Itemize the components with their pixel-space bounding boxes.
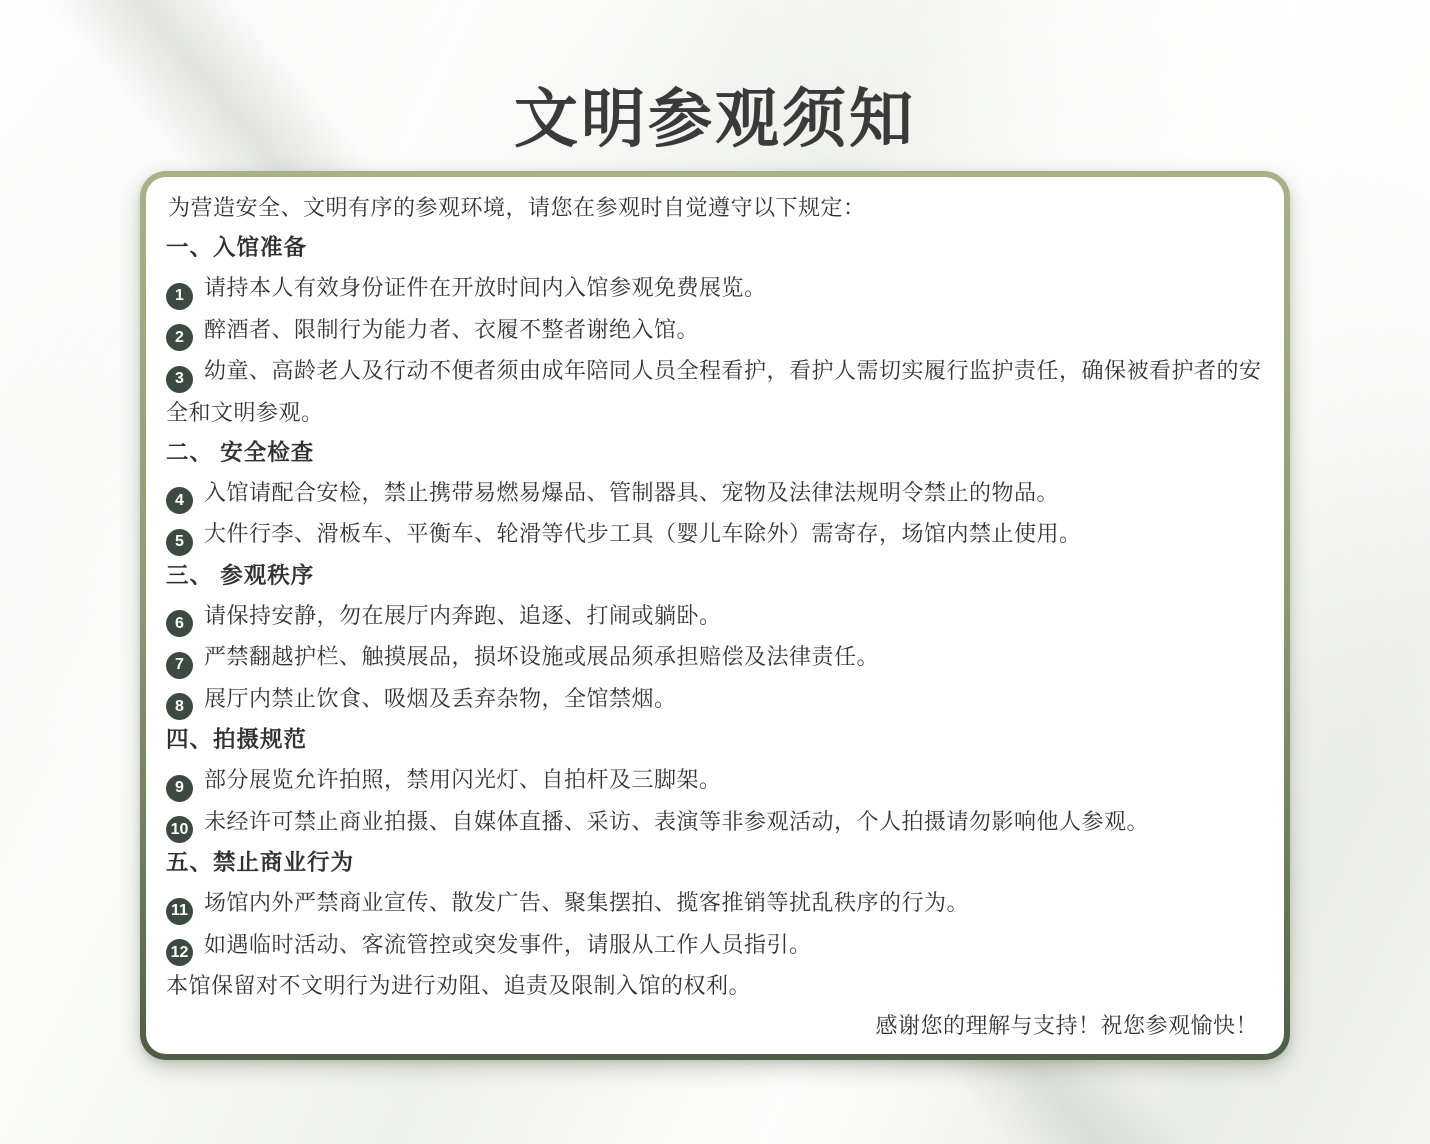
notice-card: 为营造安全、文明有序的参观环境，请您在参观时自觉遵守以下规定： 一、入馆准备 1… xyxy=(146,177,1284,1054)
rule-item-3: 3幼童、高龄老人及行动不便者须由成年陪同人员全程看护，看护人需切实履行监护责任，… xyxy=(166,351,1276,433)
item-number-badge: 1 xyxy=(166,283,193,310)
section-heading-3: 三、 参观秩序 xyxy=(166,556,1276,596)
section-heading-1: 一、入馆准备 xyxy=(166,228,1276,268)
rule-item-text: 幼童、高龄老人及行动不便者须由成年陪同人员全程看护，看护人需切实履行监护责任，确… xyxy=(166,358,1262,425)
section-heading-4: 四、拍摄规范 xyxy=(166,720,1276,760)
notice-card-border: 为营造安全、文明有序的参观环境，请您在参观时自觉遵守以下规定： 一、入馆准备 1… xyxy=(140,171,1290,1060)
footer-note: 本馆保留对不文明行为进行劝阻、追责及限制入馆的权利。 xyxy=(166,966,1276,1006)
item-number-badge: 7 xyxy=(166,652,193,679)
page-title: 文明参观须知 xyxy=(0,86,1430,153)
section-heading-5: 五、禁止商业行为 xyxy=(166,843,1276,883)
rule-item-text: 场馆内外严禁商业宣传、散发广告、聚集摆拍、揽客推销等扰乱秩序的行为。 xyxy=(204,890,969,915)
rule-item-text: 请持本人有效身份证件在开放时间内入馆参观免费展览。 xyxy=(204,275,767,300)
item-number-badge: 9 xyxy=(166,775,193,802)
rule-item-text: 严禁翻越护栏、触摸展品，损坏设施或展品须承担赔偿及法律责任。 xyxy=(204,644,879,669)
rule-item-text: 醉酒者、限制行为能力者、衣履不整者谢绝入馆。 xyxy=(204,317,699,342)
item-number-badge: 11 xyxy=(166,898,193,925)
item-number-badge: 8 xyxy=(166,693,193,720)
rule-item-11: 11场馆内外严禁商业宣传、散发广告、聚集摆拍、揽客推销等扰乱秩序的行为。 xyxy=(166,883,1276,925)
rule-item-text: 如遇临时活动、客流管控或突发事件，请服从工作人员指引。 xyxy=(204,932,812,957)
thanks-note: 感谢您的理解与支持！祝您参观愉快！ xyxy=(166,1006,1276,1046)
rule-item-9: 9部分展览允许拍照，禁用闪光灯、自拍杆及三脚架。 xyxy=(166,760,1276,802)
rule-item-text: 入馆请配合安检，禁止携带易燃易爆品、管制器具、宠物及法律法规明令禁止的物品。 xyxy=(204,480,1059,505)
rule-item-text: 请保持安静，勿在展厅内奔跑、追逐、打闹或躺卧。 xyxy=(204,603,722,628)
rule-item-text: 大件行李、滑板车、平衡车、轮滑等代步工具（婴儿车除外）需寄存，场馆内禁止使用。 xyxy=(204,521,1082,546)
item-number-badge: 3 xyxy=(166,366,193,393)
rule-item-4: 4入馆请配合安检，禁止携带易燃易爆品、管制器具、宠物及法律法规明令禁止的物品。 xyxy=(166,473,1276,515)
rule-item-text: 未经许可禁止商业拍摄、自媒体直播、采访、表演等非参观活动，个人拍摄请勿影响他人参… xyxy=(204,809,1149,834)
item-number-badge: 2 xyxy=(166,324,193,351)
rule-item-2: 2醉酒者、限制行为能力者、衣履不整者谢绝入馆。 xyxy=(166,310,1276,352)
item-number-badge: 10 xyxy=(166,816,193,843)
rule-item-6: 6请保持安静，勿在展厅内奔跑、追逐、打闹或躺卧。 xyxy=(166,596,1276,638)
item-number-badge: 12 xyxy=(166,939,193,966)
page-background: 文明参观须知 为营造安全、文明有序的参观环境，请您在参观时自觉遵守以下规定： 一… xyxy=(0,0,1430,1144)
section-heading-2: 二、 安全检查 xyxy=(166,433,1276,473)
rule-item-8: 8展厅内禁止饮食、吸烟及丢弃杂物，全馆禁烟。 xyxy=(166,679,1276,721)
item-number-badge: 4 xyxy=(166,487,193,514)
rule-item-text: 展厅内禁止饮食、吸烟及丢弃杂物，全馆禁烟。 xyxy=(204,686,677,711)
item-number-badge: 5 xyxy=(166,529,193,556)
rule-item-text: 部分展览允许拍照，禁用闪光灯、自拍杆及三脚架。 xyxy=(204,767,722,792)
rule-item-5: 5大件行李、滑板车、平衡车、轮滑等代步工具（婴儿车除外）需寄存，场馆内禁止使用。 xyxy=(166,514,1276,556)
rule-item-12: 12如遇临时活动、客流管控或突发事件，请服从工作人员指引。 xyxy=(166,925,1276,967)
rule-item-10: 10未经许可禁止商业拍摄、自媒体直播、采访、表演等非参观活动，个人拍摄请勿影响他… xyxy=(166,802,1276,844)
item-number-badge: 6 xyxy=(166,610,193,637)
rule-item-1: 1请持本人有效身份证件在开放时间内入馆参观免费展览。 xyxy=(166,268,1276,310)
rule-item-7: 7严禁翻越护栏、触摸展品，损坏设施或展品须承担赔偿及法律责任。 xyxy=(166,637,1276,679)
intro-text: 为营造安全、文明有序的参观环境，请您在参观时自觉遵守以下规定： xyxy=(166,188,1276,228)
